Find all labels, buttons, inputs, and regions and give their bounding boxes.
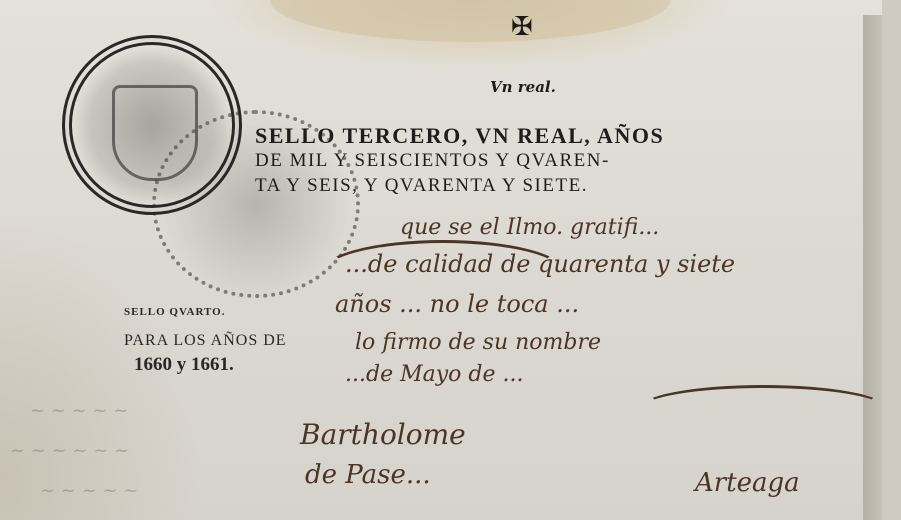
water-stain — [270, 0, 670, 42]
denomination-label: Vn real. — [490, 78, 556, 96]
manuscript-line-5: ...de Mayo de ... — [345, 362, 523, 387]
printed-stamp-line-2: DE MIL Y SEISCIENTOS Y QVAREN- — [255, 148, 664, 173]
page-edge — [863, 15, 882, 520]
bleed-through-text: ~ ~ ~ ~ ~ — [30, 400, 128, 421]
secondary-stamp-text: SELLO QVARTO. PARA LOS AÑOS DE 1660 y 16… — [124, 306, 344, 376]
secondary-stamp-line-3: 1660 y 1661. — [124, 354, 344, 376]
manuscript-line-1: que se el Ilmo. gratifi... — [400, 215, 659, 240]
manuscript-line-4: lo firmo de su nombre — [355, 330, 601, 355]
printed-stamp-line-3: TA Y SEIS, Y QVARENTA Y SIETE. — [255, 173, 664, 198]
signature-line-2: de Pase... — [305, 460, 431, 490]
ink-flourish — [320, 240, 566, 306]
printed-stamp-text: SELLO TERCERO, VN REAL, AÑOS DE MIL Y SE… — [255, 123, 664, 198]
royal-coat-of-arms-seal-icon — [62, 35, 242, 215]
secondary-stamp-line-1: SELLO QVARTO. — [124, 306, 344, 318]
printed-stamp-line-1: SELLO TERCERO, VN REAL, AÑOS — [255, 123, 664, 148]
signature-line-3: Arteaga — [695, 468, 800, 498]
ink-flourish — [640, 385, 886, 431]
signature-line-1: Bartholome — [300, 418, 466, 451]
secondary-stamp-line-2: PARA LOS AÑOS DE — [124, 332, 344, 350]
cross-pattee-icon: ✠ — [511, 14, 533, 40]
bleed-through-text: ~ ~ ~ ~ ~ ~ — [10, 440, 129, 461]
bleed-through-text: ~ ~ ~ ~ ~ — [40, 480, 138, 501]
document-page: ✠ Vn real. SELLO TERCERO, VN REAL, AÑOS … — [0, 0, 882, 520]
